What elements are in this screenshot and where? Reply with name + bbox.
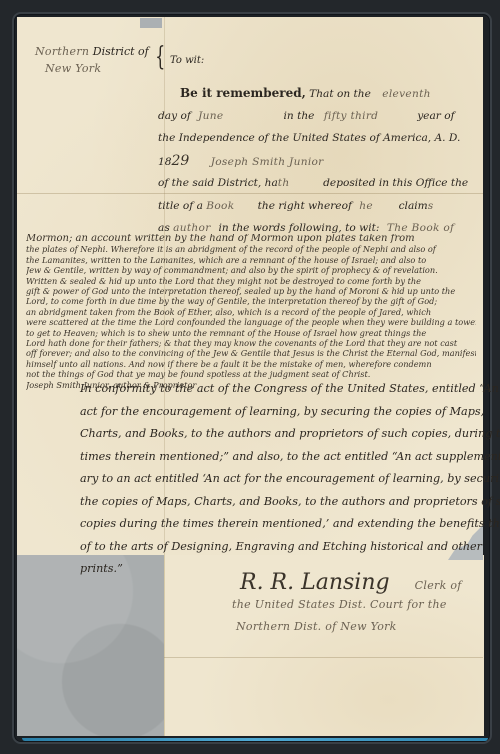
statute-line: times therein mentioned;” and also, to t… bbox=[80, 446, 450, 469]
para1-line: the Independence of the United States of… bbox=[158, 127, 458, 150]
printed-text: 18 bbox=[158, 156, 171, 168]
clerk-name: R. R. Lansing bbox=[240, 570, 390, 595]
district-handwritten-1: Northern bbox=[35, 45, 89, 58]
printed-text: the right whereof bbox=[258, 200, 352, 212]
statute-line: of to the arts of Designing, Engraving a… bbox=[80, 536, 450, 559]
district-printed: District of bbox=[93, 45, 149, 58]
printed-text: of the said District, ha bbox=[158, 177, 278, 189]
para1-line: title of a Book the right whereof he cla… bbox=[158, 195, 458, 218]
district-handwritten-2: New York bbox=[45, 62, 101, 75]
printed-text: That on the bbox=[309, 88, 371, 100]
printed-text: the Independence of the United States of… bbox=[158, 132, 460, 144]
printed-text: deposited in this Office the bbox=[323, 177, 468, 189]
handwritten-day: eleventh bbox=[382, 88, 430, 100]
statute-line: ary to an act entitled ‘An act for the e… bbox=[80, 468, 450, 491]
manuscript-line: Lord, to come forth in due time by the w… bbox=[26, 296, 476, 306]
handwritten-title-page: Mormon; an account written by the hand o… bbox=[26, 234, 476, 390]
statute-line: In conformity to the act of the Congress… bbox=[80, 378, 450, 401]
manuscript-line: the Lamanites, written to the Lamanites,… bbox=[26, 255, 476, 265]
clerk-district-line: Northern Dist. of New York bbox=[236, 620, 397, 633]
handwritten-year: 29 bbox=[171, 153, 189, 169]
statute-line: copies during the times therein mentione… bbox=[80, 513, 450, 536]
manuscript-line: the plates of Nephi. Wherefore it is an … bbox=[26, 244, 476, 254]
manuscript-line: an abridgment taken from the Book of Eth… bbox=[26, 307, 476, 317]
printed-text: in the bbox=[284, 110, 315, 122]
manuscript-line: were scattered at the time the Lord conf… bbox=[26, 317, 476, 327]
para1-line: 1829 Joseph Smith Junior bbox=[158, 150, 458, 173]
handwritten-year-ordinal: fifty third bbox=[324, 105, 414, 128]
gray-backing-paper bbox=[17, 555, 164, 736]
printed-text: in the words following, to wit: bbox=[219, 222, 380, 234]
manuscript-line: to get to Heaven; which is to shew unto … bbox=[26, 328, 476, 338]
para1-line: of the said District, hath deposited in … bbox=[158, 172, 458, 195]
sleeve-edge-highlight bbox=[22, 738, 488, 741]
manuscript-line: Written & sealed & hid up unto the Lord … bbox=[26, 276, 476, 286]
statute-line: act for the encouragement of learning, b… bbox=[80, 401, 450, 424]
manuscript-line: himself unto all nations. And now if the… bbox=[26, 359, 476, 369]
statute-line: Charts, and Books, to the authors and pr… bbox=[80, 423, 450, 446]
district-header: Northern District of New York bbox=[35, 43, 149, 77]
manuscript-line: off forever; and also to the convincing … bbox=[26, 348, 476, 358]
clerk-court-line: the United States Dist. Court for the bbox=[232, 598, 447, 611]
printed-text: day of bbox=[158, 110, 191, 122]
para1-line: day of June in the fifty third year of bbox=[158, 105, 458, 128]
printed-text: year of bbox=[417, 110, 454, 122]
printed-text: as bbox=[158, 222, 170, 234]
clerk-signature: R. R. Lansing Clerk of bbox=[240, 570, 462, 595]
manuscript-line: gift & power of God unto the interpretat… bbox=[26, 286, 476, 296]
printed-text: title of a bbox=[158, 200, 203, 212]
para1-line: Be it remembered, That on the eleventh bbox=[158, 82, 458, 105]
handwritten-month: June bbox=[198, 105, 280, 128]
manuscript-line: Lord hath done for their fathers; & that… bbox=[26, 338, 476, 348]
registration-paragraph: Be it remembered, That on the eleventh d… bbox=[158, 82, 458, 240]
statute-line: the copies of Maps, Charts, and Books, t… bbox=[80, 491, 450, 514]
handwritten-work-type: Book bbox=[206, 195, 254, 218]
fold-line bbox=[164, 657, 483, 658]
printed-text: claim bbox=[399, 200, 428, 212]
manuscript-line: Mormon; an account written by the hand o… bbox=[26, 234, 476, 244]
handwritten-suffix: s bbox=[428, 200, 434, 212]
manuscript-line: Jew & Gentile, written by way of command… bbox=[26, 265, 476, 275]
tape-fragment bbox=[140, 18, 162, 28]
handwritten-pronoun: he bbox=[359, 195, 395, 218]
be-it-remembered: Be it remembered, bbox=[180, 86, 306, 100]
brace-glyph: { bbox=[155, 44, 165, 70]
handwritten-claimant: Joseph Smith Junior bbox=[211, 156, 324, 168]
handwritten-suffix: th bbox=[278, 172, 320, 195]
to-wit-label: To wit: bbox=[170, 55, 204, 66]
clerk-title: Clerk of bbox=[415, 579, 462, 592]
statute-paragraph: In conformity to the act of the Congress… bbox=[80, 378, 450, 581]
handwritten-title-start: The Book of bbox=[387, 222, 454, 234]
